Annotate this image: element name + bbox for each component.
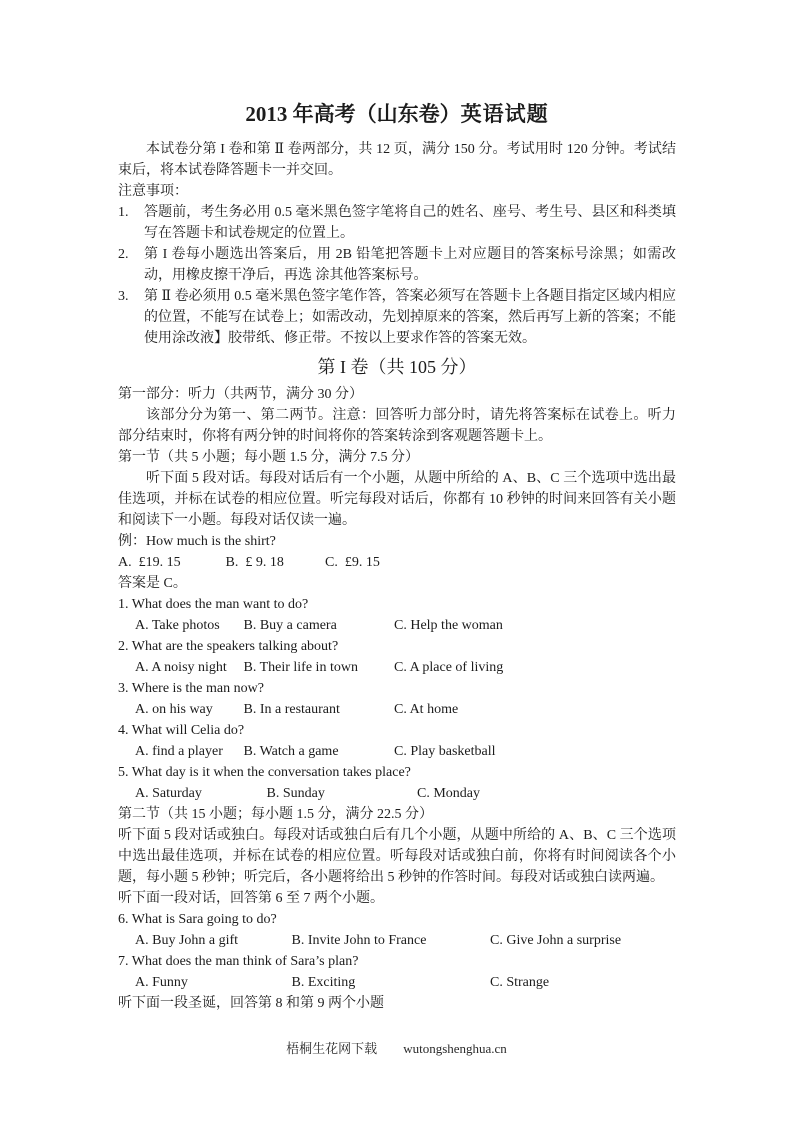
notice-number: 2. xyxy=(118,244,144,286)
question-6-text: 6. What is Sara going to do? xyxy=(118,909,676,930)
notice-text: 第 I 卷每小题选出答案后，用 2B 铅笔把答题卡上对应题目的答案标号涂黑；如需… xyxy=(144,244,676,286)
example-option-a: A. £19. 15 xyxy=(118,552,222,573)
option-c: C. Help the woman xyxy=(394,615,503,636)
exam-paper-page: 2013 年高考（山东卷）英语试题 本试卷分第 I 卷和第 Ⅱ 卷两部分，共 1… xyxy=(0,0,793,1122)
option-b: B. Buy a camera xyxy=(244,615,391,636)
notice-heading: 注意事项： xyxy=(118,181,676,202)
option-b: B. Invite John to France xyxy=(292,930,487,951)
exam-title-regular: 2013 年高考（山东卷） xyxy=(245,102,460,126)
section2-lead-1: 听下面一段对话，回答第 6 至 7 两个小题。 xyxy=(118,888,676,909)
option-c: C. Give John a surprise xyxy=(490,930,621,951)
question-3-text: 3. Where is the man now? xyxy=(118,678,676,699)
question-6-options: A. Buy John a gift B. Invite John to Fra… xyxy=(118,930,676,951)
notice-number: 3. xyxy=(118,286,144,349)
question-4-options: A. find a player B. Watch a game C. Play… xyxy=(118,741,676,762)
question-3-options: A. on his way B. In a restaurant C. At h… xyxy=(118,699,676,720)
option-a: A. A noisy night xyxy=(135,657,240,678)
section1-heading: 第一节（共 5 小题；每小题 1.5 分，满分 7.5 分） xyxy=(118,447,676,468)
option-a: A. Take photos xyxy=(135,615,240,636)
option-a: A. find a player xyxy=(135,741,240,762)
question-2-options: A. A noisy night B. Their life in town C… xyxy=(118,657,676,678)
option-b: B. In a restaurant xyxy=(244,699,391,720)
question-7-options: A. Funny B. Exciting C. Strange xyxy=(118,972,676,993)
section2-heading: 第二节（共 15 小题；每小题 1.5 分，满分 22.5 分） xyxy=(118,804,676,825)
option-c: C. Play basketball xyxy=(394,741,496,762)
question-4-text: 4. What will Celia do? xyxy=(118,720,676,741)
question-2-text: 2. What are the speakers talking about? xyxy=(118,636,676,657)
example-option-c: C. £9. 15 xyxy=(325,552,380,573)
question-1-options: A. Take photos B. Buy a camera C. Help t… xyxy=(118,615,676,636)
option-b: B. Watch a game xyxy=(244,741,391,762)
option-a: A. on his way xyxy=(135,699,240,720)
option-c: C. Monday xyxy=(417,783,480,804)
option-b: B. Exciting xyxy=(292,972,487,993)
exam-title: 2013 年高考（山东卷）英语试题 xyxy=(118,100,676,128)
option-a: A. Saturday xyxy=(135,783,263,804)
question-5-options: A. Saturday B. Sunday C. Monday xyxy=(118,783,676,804)
question-1-text: 1. What does the man want to do? xyxy=(118,594,676,615)
option-c: C. A place of living xyxy=(394,657,503,678)
part1-heading: 第一部分：听力（共两节，满分 30 分） xyxy=(118,384,676,405)
footer-site-url: wutongshenghua.cn xyxy=(403,1041,507,1056)
option-c: C. At home xyxy=(394,699,458,720)
example-prompt: 例：How much is the shirt? xyxy=(118,531,676,552)
exam-title-bold: 英语试题 xyxy=(461,102,549,126)
option-b: B. Their life in town xyxy=(244,657,391,678)
section2-intro: 听下面 5 段对话或独白。每段对话或独白后有几个小题，从题中所给的 A、B、C … xyxy=(118,825,676,888)
notice-text: 第 Ⅱ 卷必须用 0.5 毫米黑色签字笔作答，答案必须写在答题卡上各题目指定区域… xyxy=(144,286,676,349)
notice-item-2: 2. 第 I 卷每小题选出答案后，用 2B 铅笔把答题卡上对应题目的答案标号涂黑… xyxy=(118,244,676,286)
section1-intro: 听下面 5 段对话。每段对话后有一个小题，从题中所给的 A、B、C 三个选项中选… xyxy=(118,468,676,531)
option-a: A. Funny xyxy=(135,972,288,993)
notice-number: 1. xyxy=(118,202,144,244)
volume1-heading: 第 I 卷（共 105 分） xyxy=(118,354,676,381)
notice-text: 答题前，考生务必用 0.5 毫米黑色签字笔将自己的姓名、座号、考生号、县区和科类… xyxy=(144,202,676,244)
example-answer: 答案是 C。 xyxy=(118,573,676,594)
notice-item-1: 1. 答题前，考生务必用 0.5 毫米黑色签字笔将自己的姓名、座号、考生号、县区… xyxy=(118,202,676,244)
question-7-text: 7. What does the man think of Sara’s pla… xyxy=(118,951,676,972)
part1-intro: 该部分分为第一、第二两节。注意：回答听力部分时，请先将答案标在试卷上。听力部分结… xyxy=(118,405,676,447)
page-content: 2013 年高考（山东卷）英语试题 本试卷分第 I 卷和第 Ⅱ 卷两部分，共 1… xyxy=(118,100,676,1014)
option-b: B. Sunday xyxy=(267,783,414,804)
section2-lead-2: 听下面一段圣诞，回答第 8 和第 9 两个小题 xyxy=(118,993,676,1014)
notice-item-3: 3. 第 Ⅱ 卷必须用 0.5 毫米黑色签字笔作答，答案必须写在答题卡上各题目指… xyxy=(118,286,676,349)
page-footer: 梧桐生花网下载wutongshenghua.cn xyxy=(0,1040,793,1058)
question-5-text: 5. What day is it when the conversation … xyxy=(118,762,676,783)
example-option-b: B. £ 9. 18 xyxy=(226,552,322,573)
option-c: C. Strange xyxy=(490,972,549,993)
example-options: A. £19. 15 B. £ 9. 18 C. £9. 15 xyxy=(118,552,676,573)
exam-intro-paragraph: 本试卷分第 I 卷和第 Ⅱ 卷两部分，共 12 页，满分 150 分。考试用时 … xyxy=(118,139,676,181)
footer-site-name: 梧桐生花网下载 xyxy=(286,1041,377,1056)
option-a: A. Buy John a gift xyxy=(135,930,288,951)
